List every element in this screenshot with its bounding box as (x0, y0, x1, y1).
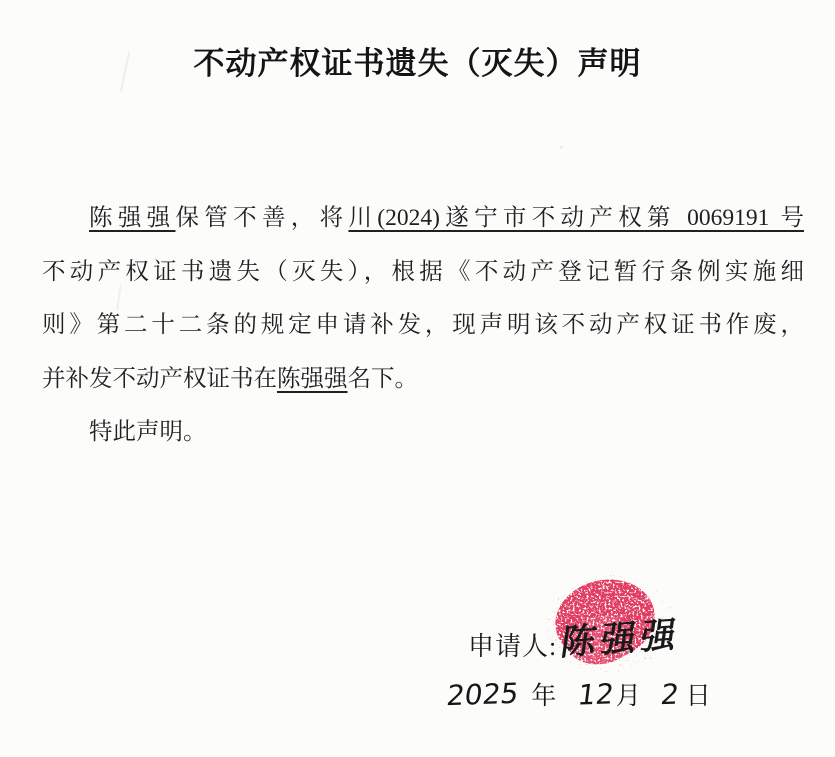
applicant-label: 申请人: (468, 632, 557, 661)
certificate-number-underlined: 川(2024)遂宁市不动产权第 0069191 号 (348, 205, 804, 231)
declaration-body: 陈强强保管不善，将川(2024)遂宁市不动产权第 0069191 号 不动产权证… (42, 192, 804, 460)
body-line-3: 则》第二十二条的规定申请补发，现声明该不动产权证书作废， (42, 299, 804, 353)
holder-name-underlined: 陈强强 (89, 205, 175, 231)
body-line-1: 陈强强保管不善，将川(2024)遂宁市不动产权第 0069191 号 (42, 192, 804, 246)
year-label: 年 (531, 676, 556, 712)
scanned-declaration-page: 不动产权证书遗失（灭失）声明 陈强强保管不善，将川(2024)遂宁市不动产权第 … (0, 0, 835, 757)
date-month-handwritten: 12 (576, 677, 616, 711)
date-day-handwritten: 2 (659, 678, 681, 712)
date-line: 2025年12月2日 (447, 676, 711, 712)
date-year-handwritten: 2025 (445, 677, 521, 712)
day-label: 日 (686, 676, 711, 712)
body-text-segment: 名下。 (348, 366, 419, 392)
signature-line: 申请人:陈强强 (468, 616, 678, 666)
month-label: 月 (616, 676, 641, 712)
holder-name-underlined: 陈强强 (277, 366, 348, 392)
body-line-4: 并补发不动产权证书在陈强强名下。 (42, 353, 804, 407)
scan-artifact (560, 146, 563, 149)
applicant-handwritten-signature: 陈强强 (558, 607, 685, 666)
body-text-segment: 并补发不动产权证书在 (42, 366, 277, 392)
body-line-2: 不动产权证书遗失（灭失），根据《不动产登记暂行条例实施细 (42, 246, 804, 300)
document-title: 不动产权证书遗失（灭失）声明 (0, 38, 835, 83)
body-text-segment: 保管不善，将 (175, 205, 348, 231)
closing-statement: 特此声明。 (42, 406, 804, 460)
